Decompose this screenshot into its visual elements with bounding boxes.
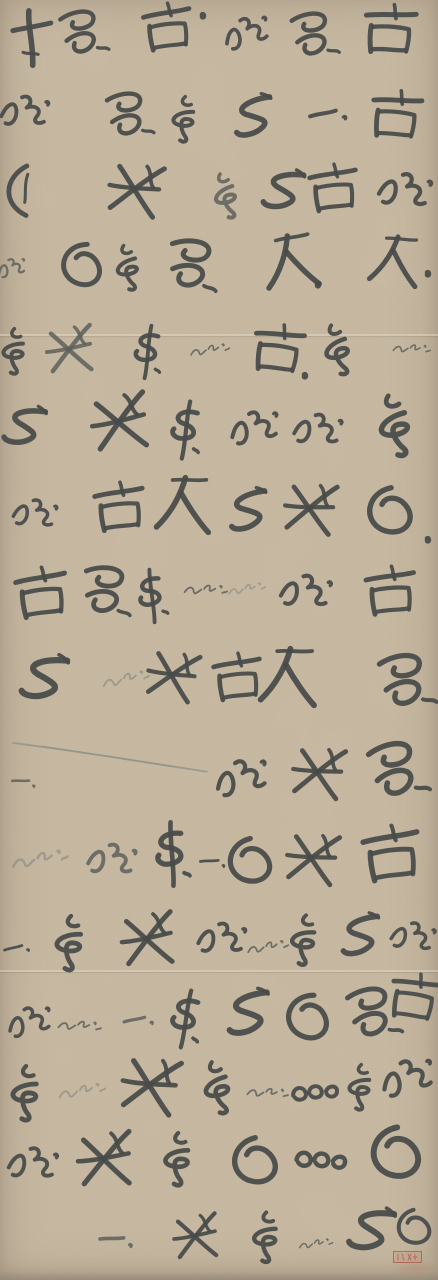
scroll-bottom-edge (0, 1272, 438, 1280)
collector-seal (393, 1251, 422, 1263)
ink-strokes (0, 0, 438, 1280)
seal-marks (394, 1252, 421, 1262)
calligraphy-scroll (0, 0, 438, 1280)
